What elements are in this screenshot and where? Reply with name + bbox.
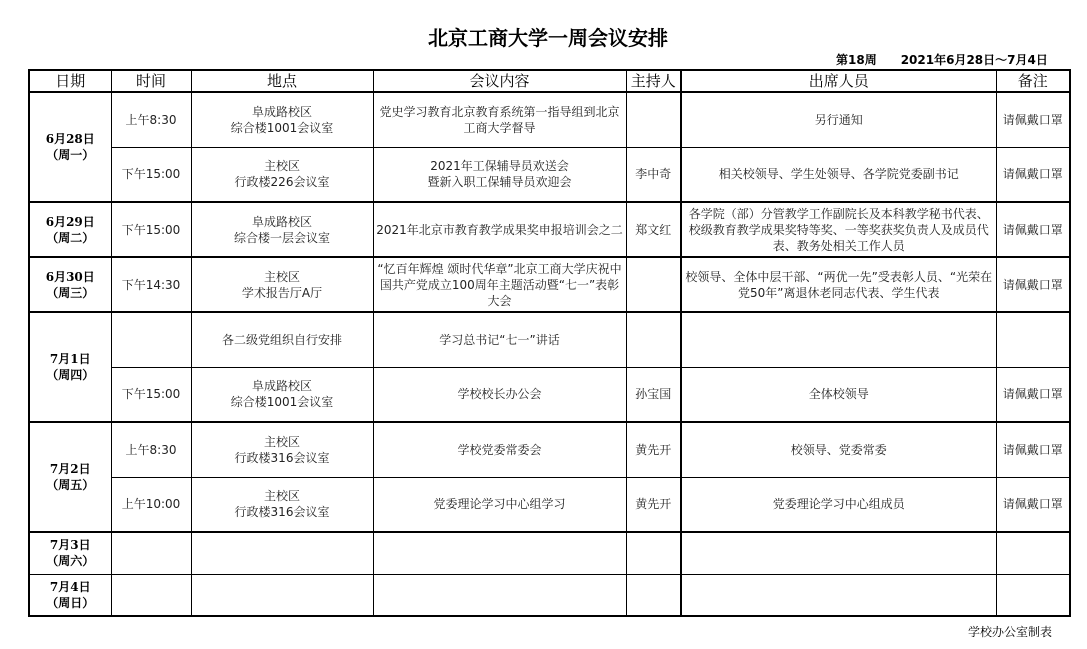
host-cell: 孙宝国 bbox=[626, 367, 681, 422]
attendees-cell: 各学院（部）分管教学工作副院长及本科教学秘书代表、校级教育教学成果奖特等奖、一等… bbox=[681, 202, 996, 257]
time-cell: 下午15:00 bbox=[111, 147, 191, 202]
date-label: 7月4日 bbox=[32, 579, 109, 595]
time-cell: 上午8:30 bbox=[111, 422, 191, 477]
date-label: 6月28日 bbox=[32, 131, 109, 147]
weekday-label: （周日） bbox=[32, 595, 109, 611]
attendees-cell: 相关校领导、学生处领导、各学院党委副书记 bbox=[681, 147, 996, 202]
attendees-cell bbox=[681, 574, 996, 616]
attendees-cell: 党委理论学习中心组成员 bbox=[681, 477, 996, 532]
location-cell: 主校区 行政楼226会议室 bbox=[191, 147, 373, 202]
location-cell: 阜成路校区 综合楼一层会议室 bbox=[191, 202, 373, 257]
content-cell: 党史学习教育北京教育系统第一指导组到北京工商大学督导 bbox=[373, 92, 626, 147]
date-label: 6月30日 bbox=[32, 269, 109, 285]
attendees-cell: 另行通知 bbox=[681, 92, 996, 147]
weekday-label: （周四） bbox=[32, 367, 109, 383]
content-cell: 学习总书记“七一”讲话 bbox=[373, 312, 626, 367]
date-label: 6月29日 bbox=[32, 214, 109, 230]
date-label: 7月1日 bbox=[32, 351, 109, 367]
table-row: 6月29日（周二） 下午15:00 阜成路校区 综合楼一层会议室 2021年北京… bbox=[29, 202, 1070, 257]
note-cell: 请佩戴口罩 bbox=[996, 92, 1070, 147]
note-cell: 请佩戴口罩 bbox=[996, 367, 1070, 422]
location-cell: 主校区 学术报告厅A厅 bbox=[191, 257, 373, 312]
attendees-cell: 校领导、党委常委 bbox=[681, 422, 996, 477]
content-cell: “忆百年辉煌 颂时代华章”北京工商大学庆祝中国共产党成立100周年主题活动暨“七… bbox=[373, 257, 626, 312]
location-cell: 各二级党组织自行安排 bbox=[191, 312, 373, 367]
note-cell: 请佩戴口罩 bbox=[996, 477, 1070, 532]
content-cell: 学校党委常委会 bbox=[373, 422, 626, 477]
note-cell: 请佩戴口罩 bbox=[996, 422, 1070, 477]
location-cell: 主校区 行政楼316会议室 bbox=[191, 477, 373, 532]
content-cell bbox=[373, 574, 626, 616]
content-cell: 党委理论学习中心组学习 bbox=[373, 477, 626, 532]
content-cell bbox=[373, 532, 626, 574]
date-label: 7月2日 bbox=[32, 461, 109, 477]
note-cell: 请佩戴口罩 bbox=[996, 257, 1070, 312]
host-cell: 黄先开 bbox=[626, 422, 681, 477]
date-range: 2021年6月28日～7月4日 bbox=[901, 53, 1048, 67]
date-cell: 6月29日（周二） bbox=[29, 202, 111, 257]
host-cell: 黄先开 bbox=[626, 477, 681, 532]
content-cell: 学校校长办公会 bbox=[373, 367, 626, 422]
date-cell: 7月3日（周六） bbox=[29, 532, 111, 574]
table-row: 6月28日（周一） 上午8:30 阜成路校区 综合楼1001会议室 党史学习教育… bbox=[29, 92, 1070, 147]
column-header-time: 时间 bbox=[111, 70, 191, 92]
weekday-label: （周五） bbox=[32, 477, 109, 493]
column-header-content: 会议内容 bbox=[373, 70, 626, 92]
attendees-cell: 校领导、全体中层干部、“两优一先”受表彰人员、“光荣在党50年”离退休老同志代表… bbox=[681, 257, 996, 312]
host-cell: 李中奇 bbox=[626, 147, 681, 202]
table-row: 7月2日（周五） 上午8:30 主校区 行政楼316会议室 学校党委常委会 黄先… bbox=[29, 422, 1070, 477]
time-cell: 下午15:00 bbox=[111, 367, 191, 422]
page-title: 北京工商大学一周会议安排 bbox=[0, 22, 1087, 51]
table-row: 7月4日（周日） bbox=[29, 574, 1070, 616]
note-cell bbox=[996, 312, 1070, 367]
week-info: 第18周2021年6月28日～7月4日 bbox=[836, 51, 1048, 68]
date-cell: 7月2日（周五） bbox=[29, 422, 111, 532]
location-cell: 阜成路校区 综合楼1001会议室 bbox=[191, 367, 373, 422]
table-row: 6月30日（周三） 下午14:30 主校区 学术报告厅A厅 “忆百年辉煌 颂时代… bbox=[29, 257, 1070, 312]
time-cell: 下午14:30 bbox=[111, 257, 191, 312]
time-cell: 上午8:30 bbox=[111, 92, 191, 147]
table-row: 下午15:00 主校区 行政楼226会议室 2021年工保辅导员欢送会 暨新入职… bbox=[29, 147, 1070, 202]
column-header-host: 主持人 bbox=[626, 70, 681, 92]
date-label: 7月3日 bbox=[32, 537, 109, 553]
content-cell: 2021年工保辅导员欢送会 暨新入职工保辅导员欢迎会 bbox=[373, 147, 626, 202]
attendees-cell bbox=[681, 532, 996, 574]
footer-maker: 学校办公室制表 bbox=[968, 623, 1052, 640]
weekday-label: （周六） bbox=[32, 553, 109, 569]
location-cell: 主校区 行政楼316会议室 bbox=[191, 422, 373, 477]
host-cell bbox=[626, 574, 681, 616]
date-cell: 6月30日（周三） bbox=[29, 257, 111, 312]
note-cell bbox=[996, 574, 1070, 616]
column-header-note: 备注 bbox=[996, 70, 1070, 92]
weekday-label: （周二） bbox=[32, 230, 109, 246]
column-header-date: 日期 bbox=[29, 70, 111, 92]
table-header-row: 日期 时间 地点 会议内容 主持人 出席人员 备注 bbox=[29, 70, 1070, 92]
host-cell bbox=[626, 532, 681, 574]
host-cell: 郑文红 bbox=[626, 202, 681, 257]
weekday-label: （周一） bbox=[32, 147, 109, 163]
host-cell bbox=[626, 257, 681, 312]
note-cell: 请佩戴口罩 bbox=[996, 147, 1070, 202]
time-cell bbox=[111, 574, 191, 616]
attendees-cell bbox=[681, 312, 996, 367]
weekday-label: （周三） bbox=[32, 285, 109, 301]
location-cell bbox=[191, 532, 373, 574]
host-cell bbox=[626, 92, 681, 147]
week-label: 第18周 bbox=[836, 53, 877, 67]
column-header-attendees: 出席人员 bbox=[681, 70, 996, 92]
note-cell: 请佩戴口罩 bbox=[996, 202, 1070, 257]
date-cell: 6月28日（周一） bbox=[29, 92, 111, 202]
table-row: 7月1日（周四） 各二级党组织自行安排 学习总书记“七一”讲话 bbox=[29, 312, 1070, 367]
date-cell: 7月4日（周日） bbox=[29, 574, 111, 616]
time-cell bbox=[111, 532, 191, 574]
schedule-table: 日期 时间 地点 会议内容 主持人 出席人员 备注 6月28日（周一） 上午8:… bbox=[28, 69, 1071, 617]
table-row: 7月3日（周六） bbox=[29, 532, 1070, 574]
attendees-cell: 全体校领导 bbox=[681, 367, 996, 422]
column-header-location: 地点 bbox=[191, 70, 373, 92]
location-cell: 阜成路校区 综合楼1001会议室 bbox=[191, 92, 373, 147]
table-row: 上午10:00 主校区 行政楼316会议室 党委理论学习中心组学习 黄先开 党委… bbox=[29, 477, 1070, 532]
table-row: 下午15:00 阜成路校区 综合楼1001会议室 学校校长办公会 孙宝国 全体校… bbox=[29, 367, 1070, 422]
content-cell: 2021年北京市教育教学成果奖申报培训会之二 bbox=[373, 202, 626, 257]
time-cell: 下午15:00 bbox=[111, 202, 191, 257]
host-cell bbox=[626, 312, 681, 367]
location-cell bbox=[191, 574, 373, 616]
time-cell: 上午10:00 bbox=[111, 477, 191, 532]
note-cell bbox=[996, 532, 1070, 574]
date-cell: 7月1日（周四） bbox=[29, 312, 111, 422]
time-cell bbox=[111, 312, 191, 367]
